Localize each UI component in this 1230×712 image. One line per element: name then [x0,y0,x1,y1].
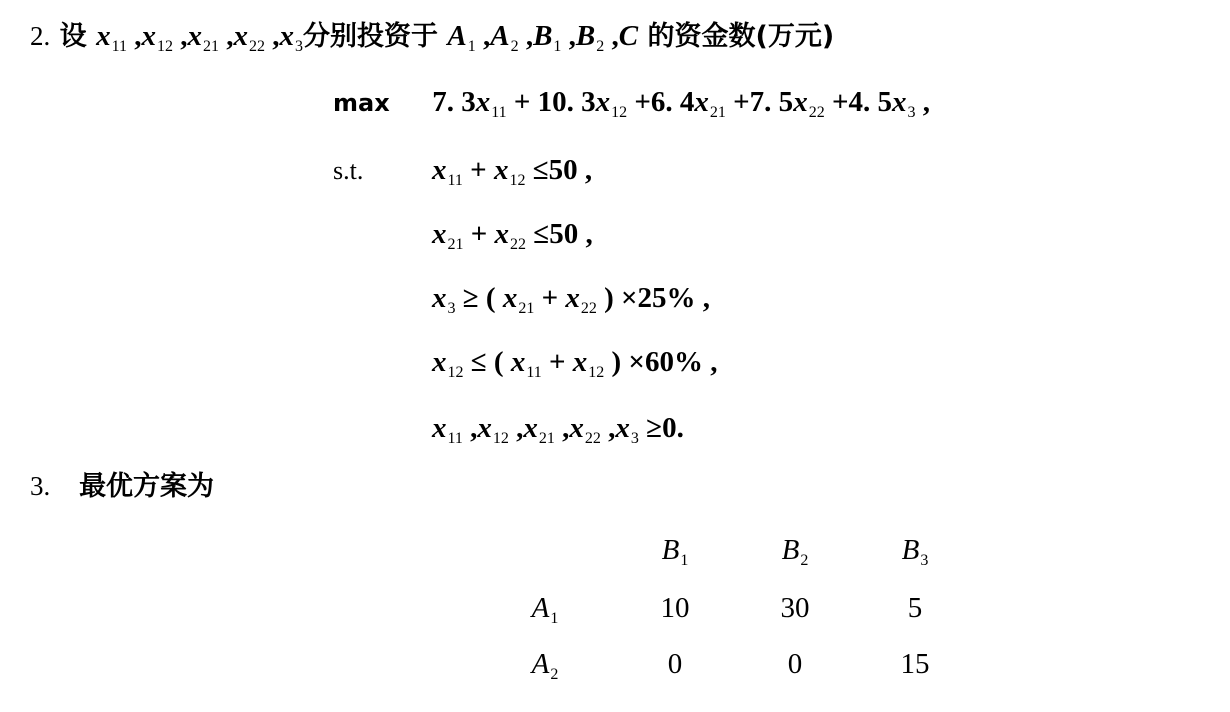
variable-list: x11 ,x12 ,x21 ,x22 ,x3 [96,20,303,52]
item2-statement: 2. 设 x11 ,x12 ,x21 ,x22 ,x3分别投资于 A1 ,A2 … [30,18,834,65]
table-cell: 10 [630,590,720,626]
row-label-a2: A2 [515,646,575,693]
column-header-b3: B3 [870,532,960,579]
constraints-label: s.t. [333,156,363,185]
row-label-a1: A1 [515,590,575,637]
table-cell: 15 [870,646,960,682]
intro-middle: 分别投资于 [303,21,438,52]
column-header-b2: B2 [750,532,840,579]
table-cell: 5 [870,590,960,626]
constraint-3: x3 ≥ ( x21 + x22 ) ×25% , [432,280,710,327]
constraint-row-1: s.t. [333,152,363,189]
item2-number: 2. [30,21,50,51]
objective-label: max [333,89,390,117]
item3-heading: 3. 最优方案为 [30,468,214,505]
constraint-2: x21 + x22 ≤50 , [432,216,593,263]
table-cell: 30 [750,590,840,626]
table-cell: 0 [630,646,720,682]
item3-number: 3. [30,471,50,501]
objective-expression: 7. 3x11 + 10. 3x12 +6. 4x21 +7. 5x22 +4.… [432,86,930,118]
intro-suffix: 的资金数(万元) [648,21,835,52]
constraint-4: x12 ≤ ( x11 + x12 ) ×60% , [432,344,717,391]
item3-title: 最优方案为 [79,471,214,502]
table-cell: 0 [750,646,840,682]
constraint-1: x11 + x12 ≤50 , [432,152,592,199]
objective-row: max 7. 3x11 + 10. 3x12 +6. 4x21 +7. 5x22… [333,84,930,131]
constraint-5: x11 ,x12 ,x21 ,x22 ,x3 ≥0. [432,410,684,457]
column-header-b1: B1 [630,532,720,579]
intro-prefix: 设 [60,21,87,52]
target-list: A1 ,A2 ,B1 ,B2 ,C [447,20,638,52]
